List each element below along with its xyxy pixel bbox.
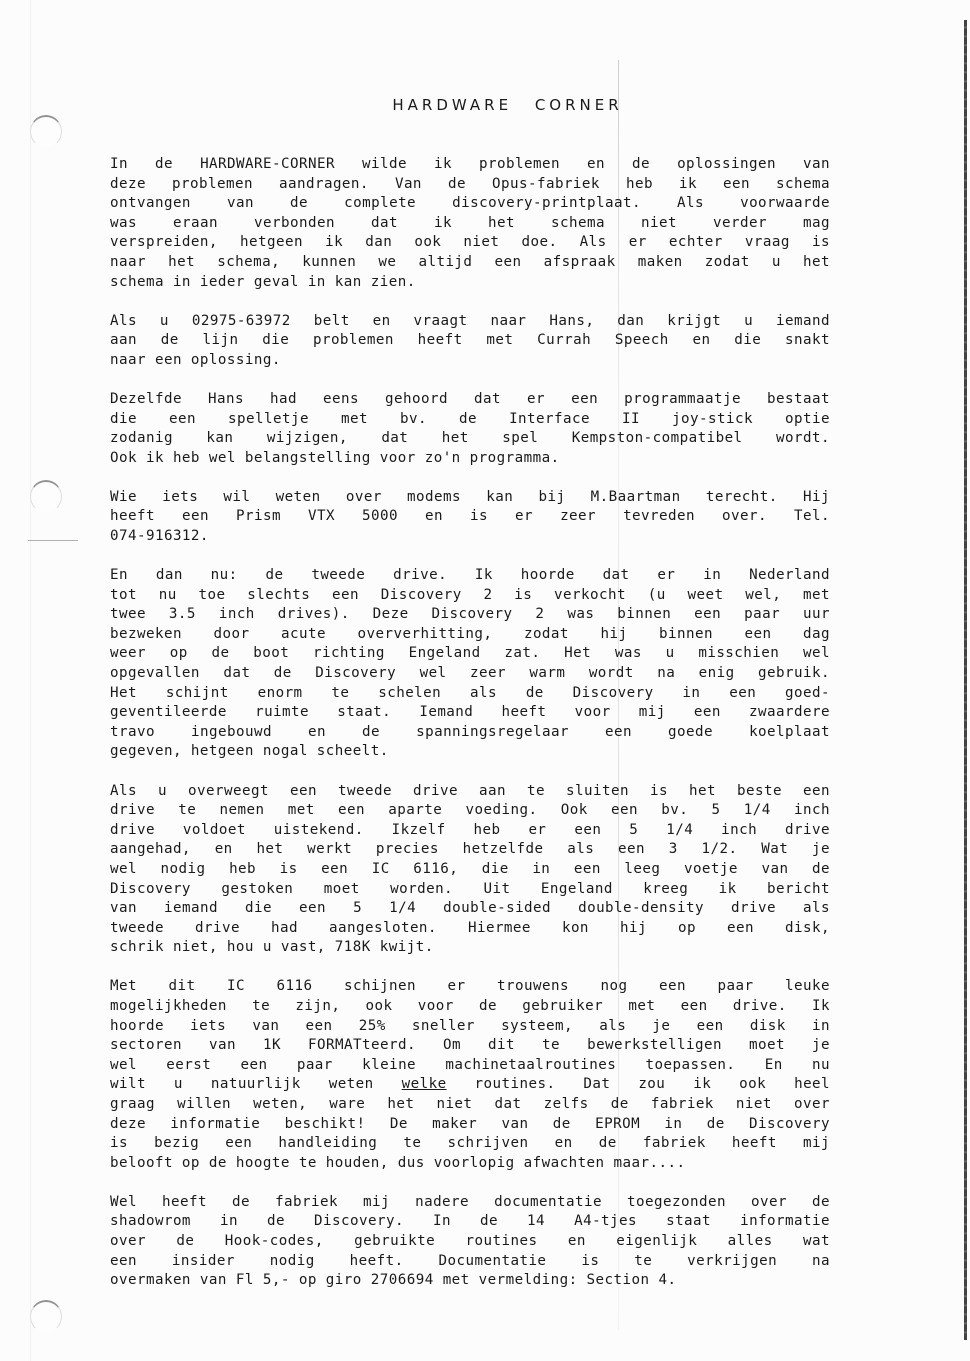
text-line: verspreiden, hetgeen ik dan ook niet doe… [110, 233, 830, 253]
text-line: Discovery gestoken moet worden. Uit Enge… [110, 880, 830, 900]
text-line: wel nodig heb is een IC 6116, die in een… [110, 860, 830, 880]
text-line: belooft op de hoogte te houden, dus voor… [110, 1154, 830, 1174]
text-line: aangehad, en het werkt precies hetzelfde… [110, 840, 830, 860]
text-line: naar het schema, kunnen we altijd een af… [110, 253, 830, 273]
text-line: wel eerst een paar kleine machinetaalrou… [110, 1056, 830, 1076]
scan-mark [28, 540, 78, 541]
text-line: drive voldoet uistekend. Ikzelf heb er e… [110, 821, 830, 841]
text-line: 074-916312. [110, 527, 830, 547]
punch-hole-icon [30, 480, 62, 513]
text-line: En dan nu: de tweede drive. Ik hoorde da… [110, 566, 830, 586]
text-line: travo ingebouwd en de spanningsregelaar … [110, 723, 830, 743]
text-line: Als u 02975-63972 belt en vraagt naar Ha… [110, 312, 830, 332]
paper-crease [30, 0, 31, 1361]
text-line: opgevallen dat de Discovery wel zeer war… [110, 664, 830, 684]
paragraph: Dezelfde Hans had eens gehoord dat er ee… [110, 390, 830, 468]
scanned-page: HARDWARE CORNER In de HARDWARE-CORNER wi… [0, 0, 970, 1361]
underlined-word: welke [402, 1076, 447, 1092]
paragraph: In de HARDWARE-CORNER wilde ik problemen… [110, 155, 830, 292]
text-line: heeft een Prism VTX 5000 en is er zeer t… [110, 507, 830, 527]
text-line: Wel heeft de fabriek mij nadere document… [110, 1193, 830, 1213]
text-line: Als u overweegt een tweede drive aan te … [110, 782, 830, 802]
text-line: wilt u natuurlijk weten welke routines. … [110, 1075, 830, 1095]
text-line: ontvangen van de complete discovery-prin… [110, 194, 830, 214]
text-line: Dezelfde Hans had eens gehoord dat er ee… [110, 390, 830, 410]
text-line: Wie iets wil weten over modems kan bij M… [110, 488, 830, 508]
text-line: graag willen weten, ware het niet dat ze… [110, 1095, 830, 1115]
text-line: sectoren van 1K FORMATteerd. Om dit te b… [110, 1036, 830, 1056]
text-line: hoorde iets van een 25% sneller systeem,… [110, 1017, 830, 1037]
paragraph: Als u 02975-63972 belt en vraagt naar Ha… [110, 312, 830, 371]
text-line: van iemand die een 5 1/4 double-sided do… [110, 899, 830, 919]
text-line: is bezig een handleiding te schrijven en… [110, 1134, 830, 1154]
text-line: weer op de boot richting Engeland zat. H… [110, 644, 830, 664]
text-line: een insider nodig heeft. Documentatie is… [110, 1252, 830, 1272]
punch-hole-icon [30, 1300, 62, 1333]
text-line: In de HARDWARE-CORNER wilde ik problemen… [110, 155, 830, 175]
text-line: geventileerde ruimte staat. Iemand heeft… [110, 703, 830, 723]
text-line: zodanig kan wijzigen, dat het spel Kemps… [110, 429, 830, 449]
text-line: aan de lijn die problemen heeft met Curr… [110, 331, 830, 351]
page-edge-shadow [964, 20, 967, 1340]
text-line: naar een oplossing. [110, 351, 830, 371]
text-line: Met dit IC 6116 schijnen er trouwens nog… [110, 977, 830, 997]
text-line: shadowrom in de Discovery. In de 14 A4-t… [110, 1212, 830, 1232]
paragraph: Wie iets wil weten over modems kan bij M… [110, 488, 830, 547]
paragraph: En dan nu: de tweede drive. Ik hoorde da… [110, 566, 830, 762]
paragraph: Wel heeft de fabriek mij nadere document… [110, 1193, 830, 1291]
paragraph: Met dit IC 6116 schijnen er trouwens nog… [110, 977, 830, 1173]
article-body: In de HARDWARE-CORNER wilde ik problemen… [110, 155, 830, 1310]
text-line: mogelijkheden te zijn, ook voor de gebru… [110, 997, 830, 1017]
text-line: deze informatie beschikt! De maker van d… [110, 1115, 830, 1135]
text-line: drive te nemen met een aparte voeding. O… [110, 801, 830, 821]
text-line: was eraan verbonden dat ik het schema ni… [110, 214, 830, 234]
text-line: Het schijnt enorm te schelen als de Disc… [110, 684, 830, 704]
punch-hole-icon [30, 115, 62, 148]
page-title: HARDWARE CORNER [0, 96, 970, 114]
text-line: die een spelletje met bv. de Interface I… [110, 410, 830, 430]
text-line: schema in ieder geval in kan zien. [110, 273, 830, 293]
text-line: deze problemen aandragen. Van de Opus-fa… [110, 175, 830, 195]
text-line: gegeven, hetgeen nogal scheelt. [110, 742, 830, 762]
text-line: Ook ik heb wel belangstelling voor zo'n … [110, 449, 830, 469]
paragraph: Als u overweegt een tweede drive aan te … [110, 782, 830, 958]
text-line: twee 3.5 inch drives). Deze Discovery 2 … [110, 605, 830, 625]
text-line: tot nu toe slechts een Discovery 2 is ve… [110, 586, 830, 606]
text-line: overmaken van Fl 5,- op giro 2706694 met… [110, 1271, 830, 1291]
text-line: bezweken door acute oververhitting, zoda… [110, 625, 830, 645]
text-line: tweede drive had aangesloten. Hiermee ko… [110, 919, 830, 939]
text-line: schrik niet, hou u vast, 718K kwijt. [110, 938, 830, 958]
text-line: over de Hook-codes, gebruikte routines e… [110, 1232, 830, 1252]
